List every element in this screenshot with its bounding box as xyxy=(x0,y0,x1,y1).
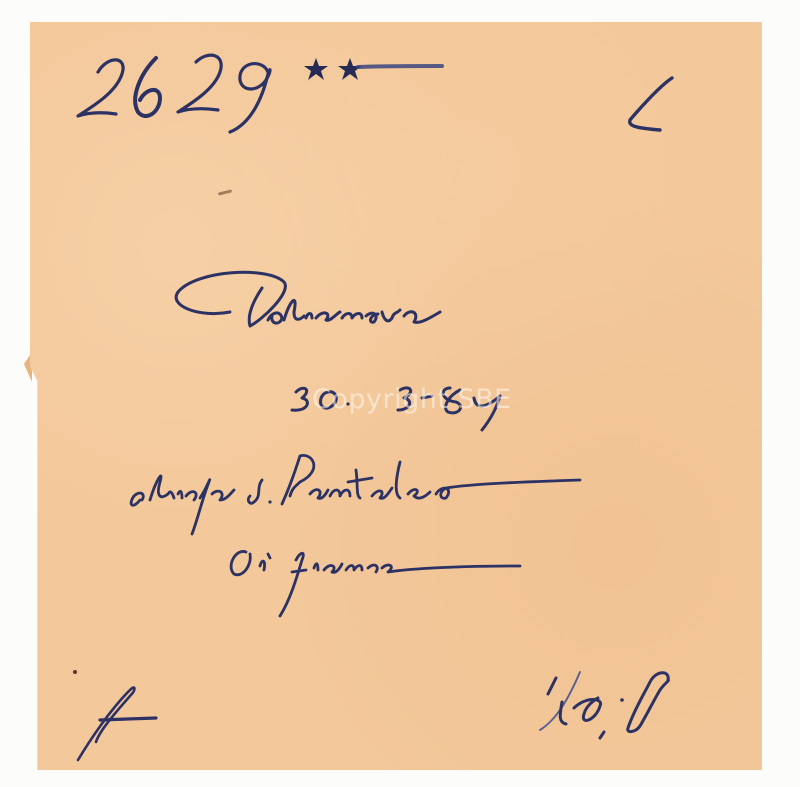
subject: chiesa S. Pantaleo xyxy=(128,462,496,508)
place-name: Dolianova xyxy=(176,272,398,323)
exposure-setting: 1/50; 8 xyxy=(540,676,696,727)
document-stage: 2629 ** C Dolianova 30.3.84 chiesa S. Pa… xyxy=(0,0,800,787)
star-marks-text: ** xyxy=(302,50,332,85)
letter-code: C xyxy=(628,76,668,136)
view-description: di fianco xyxy=(228,548,385,589)
copyright-watermark: Copyright SBE xyxy=(312,384,512,415)
initial: f xyxy=(80,690,99,750)
catalog-number: 2629 xyxy=(72,50,235,124)
